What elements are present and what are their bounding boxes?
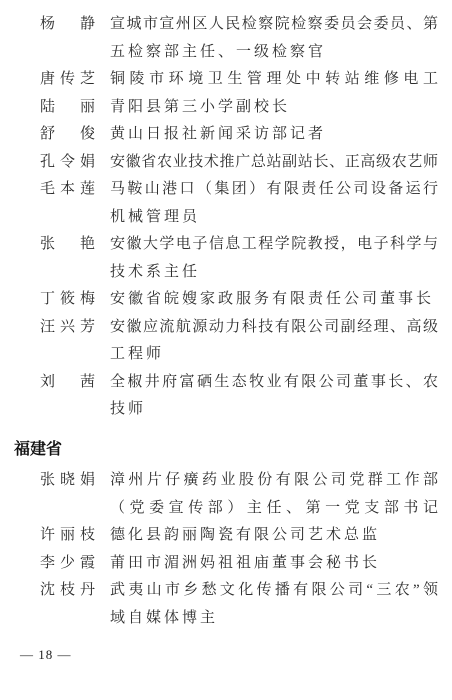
laureate-entry: 刘 茜全椒井府富硒生态牧业有限公司董事长、农技师 bbox=[0, 369, 452, 424]
laureate-entry: 杨 静宣城市宣州区人民检察院检察委员会委员、第五检察部主任、一级检察官 bbox=[0, 11, 452, 66]
laureate-title: 漳州片仔癀药业股份有限公司党群工作部（党委宣传部）主任、第一党支部书记 bbox=[110, 467, 438, 522]
laureate-name: 汪兴芳 bbox=[40, 314, 95, 342]
laureate-title-line: 铜陵市环境卫生管理处中转站维修电工 bbox=[110, 66, 438, 94]
laureate-name: 丁筱梅 bbox=[40, 286, 95, 314]
laureate-title: 莆田市湄洲妈祖祖庙董事会秘书长 bbox=[110, 550, 438, 578]
document-page: 杨 静宣城市宣州区人民检察院检察委员会委员、第五检察部主任、一级检察官唐传芝铜陵… bbox=[0, 0, 452, 700]
laureate-name: 唐传芝 bbox=[40, 66, 95, 94]
laureate-title-line: 域自媒体博主 bbox=[110, 605, 438, 633]
laureate-name: 毛本莲 bbox=[40, 176, 95, 204]
laureate-title-line: （党委宣传部）主任、第一党支部书记 bbox=[110, 495, 438, 523]
laureate-title-line: 安徽大学电子信息工程学院教授，电子科学与 bbox=[110, 231, 438, 259]
laureate-title-line: 莆田市湄洲妈祖祖庙董事会秘书长 bbox=[110, 550, 438, 578]
laureate-title-line: 全椒井府富硒生态牧业有限公司董事长、农 bbox=[110, 369, 438, 397]
laureate-title-line: 安徽应流航源动力科技有限公司副经理、高级 bbox=[110, 314, 438, 342]
laureate-title-line: 黄山日报社新闻采访部记者 bbox=[110, 121, 438, 149]
laureate-entry: 张 艳安徽大学电子信息工程学院教授，电子科学与技术系主任 bbox=[0, 231, 452, 286]
laureate-title: 安徽应流航源动力科技有限公司副经理、高级工程师 bbox=[110, 314, 438, 369]
laureate-name: 孔令娟 bbox=[40, 149, 95, 177]
laureate-title-line: 技术系主任 bbox=[110, 259, 438, 287]
laureate-title-line: 技师 bbox=[110, 396, 438, 424]
laureate-entry: 唐传芝铜陵市环境卫生管理处中转站维修电工 bbox=[0, 66, 452, 94]
laureate-title-line: 工程师 bbox=[110, 341, 438, 369]
laureate-title: 安徽省农业技术推广总站副站长、正高级农艺师 bbox=[110, 149, 438, 177]
laureate-title-line: 安徽省农业技术推广总站副站长、正高级农艺师 bbox=[110, 149, 438, 177]
laureate-entry: 陆 丽青阳县第三小学副校长 bbox=[0, 94, 452, 122]
laureate-name: 陆 丽 bbox=[40, 94, 95, 122]
laureate-title: 宣城市宣州区人民检察院检察委员会委员、第五检察部主任、一级检察官 bbox=[110, 11, 438, 66]
laureate-entry: 丁筱梅安徽省皖嫂家政服务有限责任公司董事长 bbox=[0, 286, 452, 314]
laureate-name: 刘 茜 bbox=[40, 369, 95, 397]
laureate-title-line: 机械管理员 bbox=[110, 204, 438, 232]
laureate-entry: 孔令娟安徽省农业技术推广总站副站长、正高级农艺师 bbox=[0, 149, 452, 177]
laureate-entry: 李少霞莆田市湄洲妈祖祖庙董事会秘书长 bbox=[0, 550, 452, 578]
laureate-name: 张晓娟 bbox=[40, 467, 95, 495]
laureate-name: 沈枝丹 bbox=[40, 577, 95, 605]
laureate-name: 李少霞 bbox=[40, 550, 95, 578]
laureate-entry: 毛本莲马鞍山港口（集团）有限责任公司设备运行机械管理员 bbox=[0, 176, 452, 231]
laureate-entry: 许丽枝德化县韵丽陶瓷有限公司艺术总监 bbox=[0, 522, 452, 550]
laureate-title: 全椒井府富硒生态牧业有限公司董事长、农技师 bbox=[110, 369, 438, 424]
sections-container: 杨 静宣城市宣州区人民检察院检察委员会委员、第五检察部主任、一级检察官唐传芝铜陵… bbox=[0, 11, 452, 632]
laureate-title: 青阳县第三小学副校长 bbox=[110, 94, 438, 122]
laureate-entry: 张晓娟漳州片仔癀药业股份有限公司党群工作部（党委宣传部）主任、第一党支部书记 bbox=[0, 467, 452, 522]
laureate-entry: 舒 俊黄山日报社新闻采访部记者 bbox=[0, 121, 452, 149]
laureate-title-line: 武夷山市乡愁文化传播有限公司“三农”领 bbox=[110, 577, 438, 605]
page-number: — 18 — bbox=[20, 646, 452, 664]
laureate-name: 张 艳 bbox=[40, 231, 95, 259]
laureate-title: 黄山日报社新闻采访部记者 bbox=[110, 121, 438, 149]
laureate-name: 许丽枝 bbox=[40, 522, 95, 550]
laureate-title: 铜陵市环境卫生管理处中转站维修电工 bbox=[110, 66, 438, 94]
laureate-title: 马鞍山港口（集团）有限责任公司设备运行机械管理员 bbox=[110, 176, 438, 231]
laureate-title-line: 马鞍山港口（集团）有限责任公司设备运行 bbox=[110, 176, 438, 204]
laureate-name: 舒 俊 bbox=[40, 121, 95, 149]
laureate-title: 安徽省皖嫂家政服务有限责任公司董事长 bbox=[110, 286, 438, 314]
laureate-title: 德化县韵丽陶瓷有限公司艺术总监 bbox=[110, 522, 438, 550]
section-header: 福建省 bbox=[14, 436, 452, 464]
laureate-title: 安徽大学电子信息工程学院教授，电子科学与技术系主任 bbox=[110, 231, 438, 286]
laureate-name: 杨 静 bbox=[40, 11, 95, 39]
laureate-title-line: 漳州片仔癀药业股份有限公司党群工作部 bbox=[110, 467, 438, 495]
laureate-title-line: 安徽省皖嫂家政服务有限责任公司董事长 bbox=[110, 286, 438, 314]
laureate-title-line: 五检察部主任、一级检察官 bbox=[110, 39, 438, 67]
laureate-entry: 汪兴芳安徽应流航源动力科技有限公司副经理、高级工程师 bbox=[0, 314, 452, 369]
laureate-entry: 沈枝丹武夷山市乡愁文化传播有限公司“三农”领域自媒体博主 bbox=[0, 577, 452, 632]
laureate-title-line: 德化县韵丽陶瓷有限公司艺术总监 bbox=[110, 522, 438, 550]
laureate-title-line: 青阳县第三小学副校长 bbox=[110, 94, 438, 122]
laureate-title-line: 宣城市宣州区人民检察院检察委员会委员、第 bbox=[110, 11, 438, 39]
laureate-title: 武夷山市乡愁文化传播有限公司“三农”领域自媒体博主 bbox=[110, 577, 438, 632]
